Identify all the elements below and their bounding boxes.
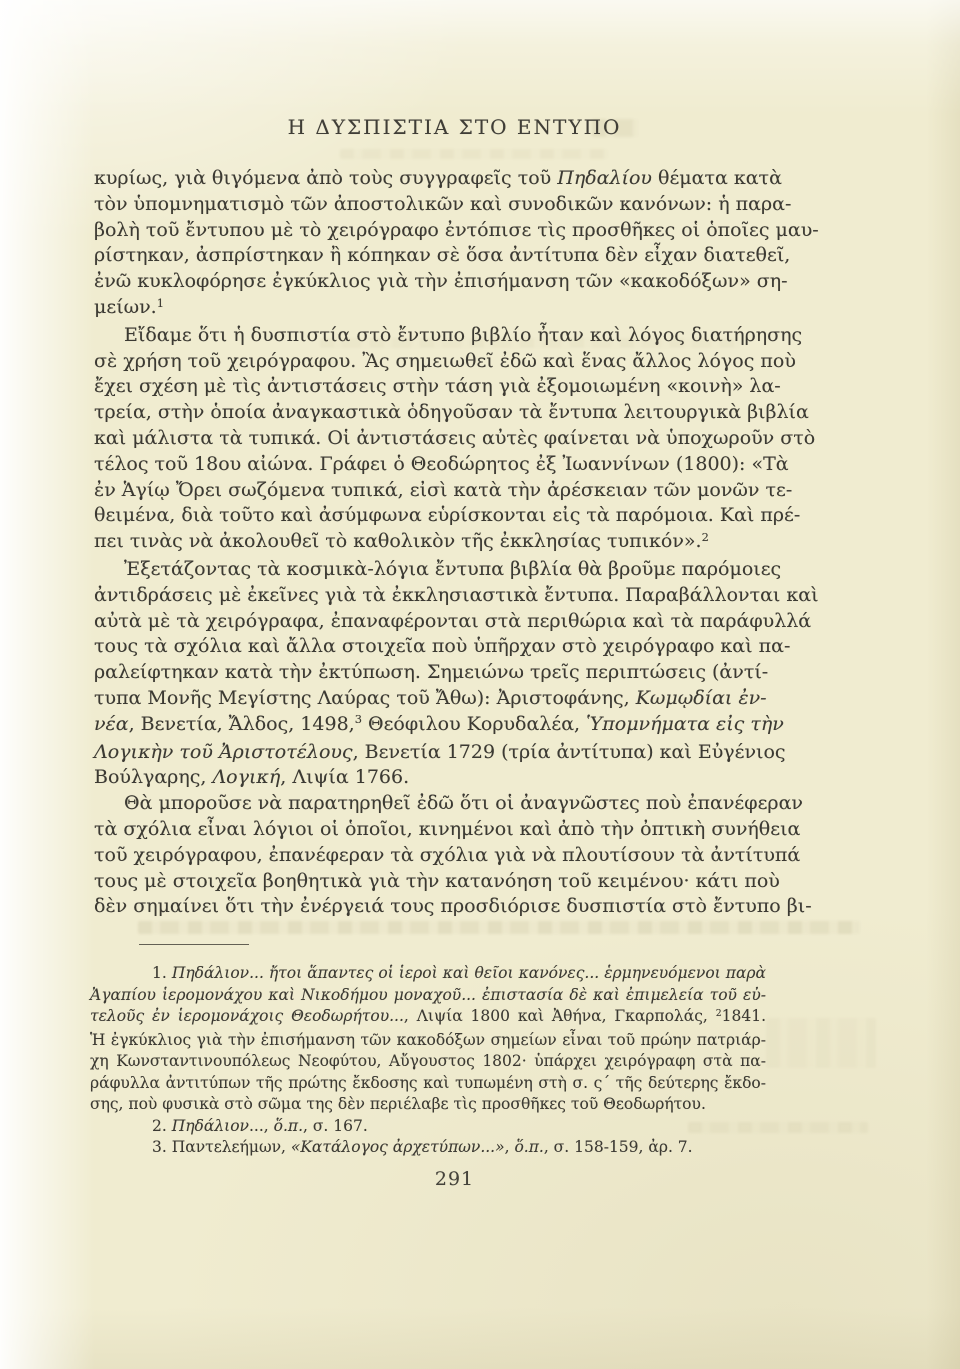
text-line: Ἀγαπίου ἱερομονάχου καὶ Νικοδήμου μοναχο… (90, 985, 766, 1007)
text-run: ὅ.π. (514, 1138, 543, 1156)
text-line: ρίστηκαν, ἀσπρίστηκαν ἢ κόπηκαν σὲ ὅσα ἀ… (94, 243, 764, 269)
text-line: τὰ σχόλια εἶναι λόγιοι οἱ ὁποῖοι, κινημέ… (94, 817, 764, 843)
text-line: χη Κωνσταντινουπόλεως Νεοφύτου, Αὔγουστο… (90, 1051, 766, 1073)
ink-bleedthrough (340, 149, 608, 159)
text-run: «Κατάλογος ἀρχετύπων...» (291, 1138, 505, 1156)
text-line: τους τὰ σχόλια καὶ ἄλλα στοιχεῖα ποὺ ὑπῆ… (94, 634, 764, 660)
text-run: 1841. (722, 1007, 766, 1025)
text-run: τυπα Μονῆς Μεγίστης Λαύρας τοῦ Ἄθω): Ἀρι… (94, 687, 636, 709)
text-run: ἔχει σχέση μὲ τὶς ἀντιστάσεις στὴν τάση … (94, 375, 781, 397)
text-line: τους μὲ στοιχεῖα βοηθητικὰ γιὰ τὴν καταν… (94, 869, 764, 895)
text-run: Ἡ ἐγκύκλιος γιὰ τὴν ἐπισήμανση τῶν κακοδ… (90, 1031, 766, 1049)
page-number: 291 (118, 1168, 791, 1190)
text-run: Λογικὴν τοῦ Ἀριστοτέλους (94, 741, 353, 763)
text-run: , Βενετία 1729 (τρία ἀντίτυπα) καὶ Εὐγέν… (353, 741, 786, 763)
text-run: ὅ.π. (274, 1117, 303, 1135)
text-run: σης, ποὺ φυσικὰ στὸ σῶμα της δὲν περιέλα… (90, 1095, 706, 1113)
text-run: Θεόφιλου Κορυδαλέα, (362, 713, 586, 735)
text-line: 1. Πηδάλιον... ἤτοι ἅπαντες οἱ ἱεροὶ καὶ… (90, 963, 766, 985)
text-line: ἔχει σχέση μὲ τὶς ἀντιστάσεις στὴν τάση … (94, 374, 764, 400)
text-line: Ἡ ἐγκύκλιος γιὰ τὴν ἐπισήμανση τῶν κακοδ… (90, 1030, 766, 1052)
footnote-reference: 2 (716, 1008, 722, 1019)
body-text: κυρίως, γιὰ θιγόμενα ἀπὸ τοὺς συγγραφεῖς… (94, 166, 764, 920)
text-run: αὐτὰ μὲ τὰ χειρόγραφα, ἐπαναφέρονται στὰ… (94, 610, 811, 632)
text-line: Θὰ μποροῦσε νὰ παρατηρηθεῖ ἐδῶ ὅτι οἱ ἀν… (94, 791, 764, 817)
text-run: Ἀγαπίου ἱερομονάχου καὶ Νικοδήμου μοναχο… (90, 986, 766, 1004)
text-run: ραλείφτηκαν κατὰ τὴν ἐκτύπωση. Σημειώνω … (94, 661, 768, 683)
text-line: ραλείφτηκαν κατὰ τὴν ἐκτύπωση. Σημειώνω … (94, 660, 764, 686)
text-line: Βούλγαρης, Λογική, Λιψία 1766. (94, 765, 764, 791)
text-line: Ἐξετάζοντας τὰ κοσμικὰ-λόγια ἔντυπα βιβλ… (94, 557, 764, 583)
text-line: θειμένα, διὰ τοῦτο καὶ ἀσύμφωνα εὑρίσκον… (94, 503, 764, 529)
text-line: τὸν ὑπομνηματισμὸ τῶν ἀποστολικῶν καὶ συ… (94, 192, 764, 218)
text-line: τοῦ χειρόγραφου, ἐπανέφεραν τὰ σχόλια γι… (94, 843, 764, 869)
text-run: καὶ μάλιστα τὰ τυπικά. Οἱ ἀντιστάσεις αὐ… (94, 427, 815, 449)
text-run: 2. (152, 1117, 172, 1135)
text-line: πει τινὰς νὰ ἀκολουθεῖ τὸ καθολικὸν τῆς … (94, 529, 764, 557)
body-paragraph: Ἐξετάζοντας τὰ κοσμικὰ-λόγια ἔντυπα βιβλ… (94, 557, 764, 791)
text-run: Βούλγαρης, (94, 766, 212, 788)
page-title: Η ΔΥΣΠΙΣΤΙΑ ΣΤΟ ΕΝΤΥΠΟ (118, 114, 791, 140)
text-run: Ὑπομνήματα εἰς τὴν (586, 713, 784, 735)
text-line: αὐτὰ μὲ τὰ χειρόγραφα, ἐπαναφέρονται στὰ… (94, 609, 764, 635)
text-run: , Βενετία, Ἄλδος, 1498, (129, 713, 355, 735)
text-run: 3. Παντελεήμων, (152, 1138, 291, 1156)
text-line: τυπα Μονῆς Μεγίστης Λαύρας τοῦ Ἄθω): Ἀρι… (94, 686, 764, 712)
text-line: τρεία, στὴν ὁποία ἀναγκαστικὰ ὁδηγοῦσαν … (94, 400, 764, 426)
text-run: θέματα κατὰ (652, 167, 782, 189)
text-run: κυρίως, γιὰ θιγόμενα ἀπὸ τοὺς συγγραφεῖς… (94, 167, 557, 189)
text-line: 3. Παντελεήμων, «Κατάλογος ἀρχετύπων...»… (90, 1137, 766, 1159)
text-run: τὸν ὑπομνηματισμὸ τῶν ἀποστολικῶν καὶ συ… (94, 193, 791, 215)
text-run: μείων. (94, 296, 157, 318)
text-run: Εἴδαμε ὅτι ἡ δυσπιστία στὸ ἔντυπο βιβλίο… (124, 324, 802, 346)
text-line: τέλος τοῦ 18ου αἰώνα. Γράφει ὁ Θεοδώρητο… (94, 452, 764, 478)
text-line: σὲ χρήση τοῦ χειρόγραφου. Ἂς σημειωθεῖ ἐ… (94, 349, 764, 375)
text-line: τελοῦς ἐν ἱερομονάχοις Θεοδωρήτου..., Λι… (90, 1006, 766, 1030)
text-run: τους τὰ σχόλια καὶ ἄλλα στοιχεῖα ποὺ ὑπῆ… (94, 635, 790, 657)
text-run: , Λιψία 1800 καὶ Ἀθήνα, Γκαρπολάς, (404, 1007, 716, 1025)
text-run: χη Κωνσταντινουπόλεως Νεοφύτου, Αὔγουστο… (90, 1052, 766, 1070)
text-line: Εἴδαμε ὅτι ἡ δυσπιστία στὸ ἔντυπο βιβλίο… (94, 323, 764, 349)
text-line: ἐνῶ κυκλοφόρησε ἐγκύκλιος γιὰ τὴν ἐπισήμ… (94, 269, 764, 295)
text-line: μείων.1 (94, 295, 764, 323)
text-line: 2. Πηδάλιον..., ὅ.π., σ. 167. (90, 1116, 766, 1138)
text-run: τὰ σχόλια εἶναι λόγιοι οἱ ὁποῖοι, κινημέ… (94, 818, 800, 840)
text-run: βολὴ τοῦ ἔντυπου μὲ τὸ χειρόγραφο ἐντόπι… (94, 219, 819, 241)
text-run: ράφυλλα ἀντιτύπων τῆς πρώτης ἔκδοσης καὶ… (90, 1074, 766, 1092)
text-run: θειμένα, διὰ τοῦτο καὶ ἀσύμφωνα εὑρίσκον… (94, 504, 800, 526)
text-run: τους μὲ στοιχεῖα βοηθητικὰ γιὰ τὴν καταν… (94, 870, 780, 892)
body-paragraph: Εἴδαμε ὅτι ἡ δυσπιστία στὸ ἔντυπο βιβλίο… (94, 323, 764, 557)
ink-bleedthrough (766, 1018, 876, 1068)
text-run: Πηδάλιον... ἤτοι ἅπαντες οἱ ἱεροὶ καὶ θε… (172, 964, 766, 982)
text-run: τέλος τοῦ 18ου αἰώνα. Γράφει ὁ Θεοδώρητο… (94, 453, 789, 475)
text-line: ράφυλλα ἀντιτύπων τῆς πρώτης ἔκδοσης καὶ… (90, 1073, 766, 1095)
footnote-reference: 2 (702, 530, 709, 544)
text-run: νέα (94, 713, 129, 735)
text-run: δὲν σημαίνει ὅτι τὴν ἐνέργειά τους προσδ… (94, 895, 812, 917)
footnote-separator (139, 944, 249, 945)
text-run: Θὰ μποροῦσε νὰ παρατηρηθεῖ ἐδῶ ὅτι οἱ ἀν… (124, 792, 803, 814)
text-line: δὲν σημαίνει ὅτι τὴν ἐνέργειά τους προσδ… (94, 894, 764, 920)
text-run: ..., (249, 1117, 274, 1135)
text-run: ἐν Ἁγίῳ Ὄρει σωζόμενα τυπικά, εἰσὶ κατὰ … (94, 479, 792, 501)
text-run: ἀντιδράσεις μὲ ἐκεῖνες γιὰ τὰ ἐκκλησιαστ… (94, 584, 819, 606)
text-run: σὲ χρήση τοῦ χειρόγραφου. Ἂς σημειωθεῖ ἐ… (94, 350, 796, 372)
scanned-book-page: Η ΔΥΣΠΙΣΤΙΑ ΣΤΟ ΕΝΤΥΠΟ κυρίως, γιὰ θιγόμ… (0, 0, 960, 1369)
text-run: ἐνῶ κυκλοφόρησε ἐγκύκλιος γιὰ τὴν ἐπισήμ… (94, 270, 788, 292)
text-line: ἀντιδράσεις μὲ ἐκεῖνες γιὰ τὰ ἐκκλησιαστ… (94, 583, 764, 609)
text-line: κυρίως, γιὰ θιγόμενα ἀπὸ τοὺς συγγραφεῖς… (94, 166, 764, 192)
footnote-reference: 3 (355, 712, 362, 726)
text-run: Λογική (212, 766, 280, 788)
ink-bleedthrough (138, 921, 860, 934)
body-paragraph: κυρίως, γιὰ θιγόμενα ἀπὸ τοὺς συγγραφεῖς… (94, 166, 764, 323)
text-run: Ἐξετάζοντας τὰ κοσμικὰ-λόγια ἔντυπα βιβλ… (124, 558, 781, 580)
text-line: σης, ποὺ φυσικὰ στὸ σῶμα της δὲν περιέλα… (90, 1094, 766, 1116)
text-line: ἐν Ἁγίῳ Ὄρει σωζόμενα τυπικά, εἰσὶ κατὰ … (94, 478, 764, 504)
text-run: τοῦ χειρόγραφου, ἐπανέφεραν τὰ σχόλια γι… (94, 844, 800, 866)
text-run: τρεία, στὴν ὁποία ἀναγκαστικὰ ὁδηγοῦσαν … (94, 401, 809, 423)
text-run: 1. (152, 964, 172, 982)
text-run: Κωμῳδίαι ἐν- (636, 687, 767, 709)
text-run: Πηδάλιον (172, 1117, 249, 1135)
text-line: καὶ μάλιστα τὰ τυπικά. Οἱ ἀντιστάσεις αὐ… (94, 426, 764, 452)
text-line: νέα, Βενετία, Ἄλδος, 1498,3 Θεόφιλου Κορ… (94, 712, 764, 740)
text-line: βολὴ τοῦ ἔντυπου μὲ τὸ χειρόγραφο ἐντόπι… (94, 218, 764, 244)
text-run: , σ. 158-159, ἀρ. 7. (544, 1138, 693, 1156)
body-paragraph: Θὰ μποροῦσε νὰ παρατηρηθεῖ ἐδῶ ὅτι οἱ ἀν… (94, 791, 764, 920)
text-run: , (505, 1138, 515, 1156)
footnotes: 1. Πηδάλιον... ἤτοι ἅπαντες οἱ ἱεροὶ καὶ… (90, 963, 766, 1159)
text-line: Λογικὴν τοῦ Ἀριστοτέλους, Βενετία 1729 (… (94, 740, 764, 766)
text-run: τελοῦς ἐν ἱερομονάχοις Θεοδωρήτου... (90, 1007, 404, 1025)
text-run: ρίστηκαν, ἀσπρίστηκαν ἢ κόπηκαν σὲ ὅσα ἀ… (94, 244, 790, 266)
text-run: Πηδαλίου (557, 167, 652, 189)
text-run: , σ. 167. (303, 1117, 368, 1135)
text-run: πει τινὰς νὰ ἀκολουθεῖ τὸ καθολικὸν τῆς … (94, 530, 702, 552)
footnote-reference: 1 (157, 296, 164, 310)
text-run: , Λιψία 1766. (280, 766, 409, 788)
